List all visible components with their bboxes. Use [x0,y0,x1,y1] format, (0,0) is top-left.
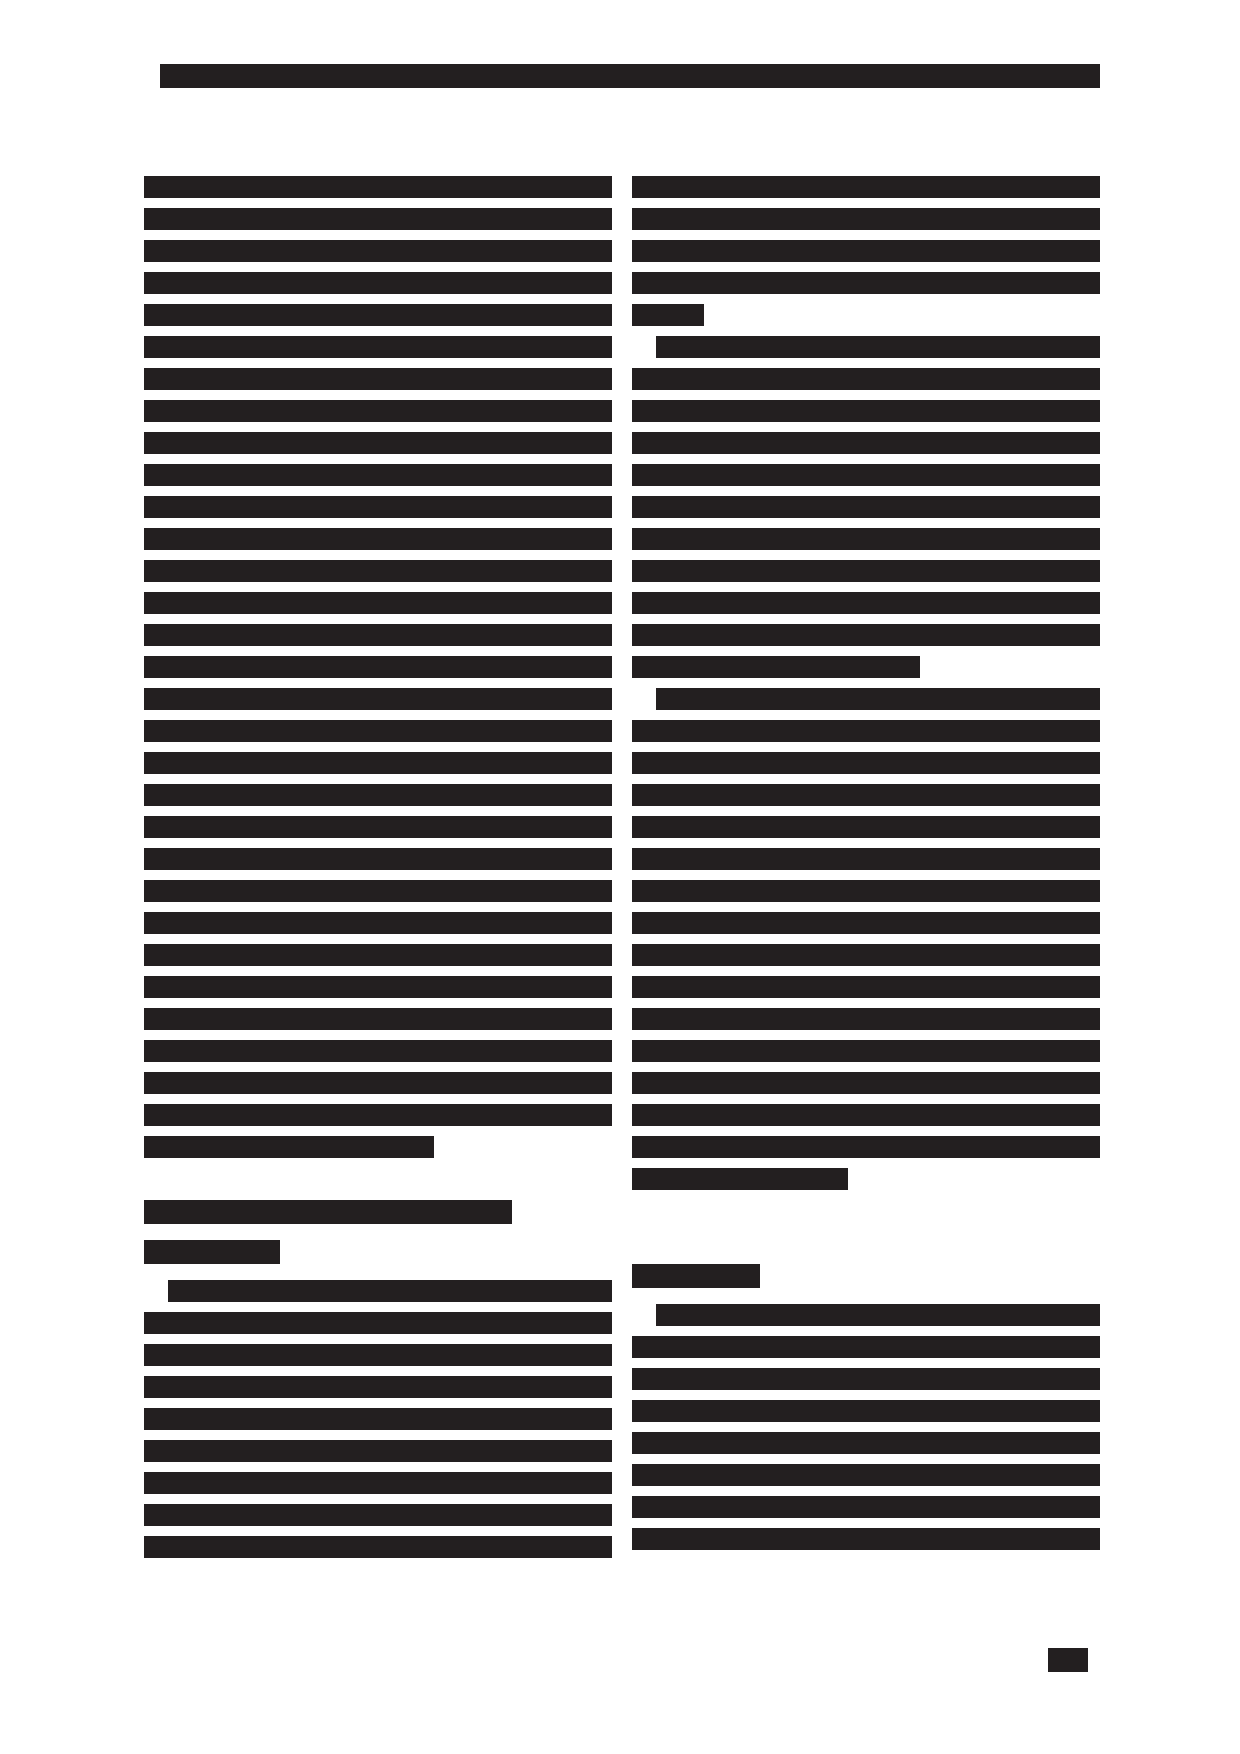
right-column-text-line [632,1136,1100,1158]
right-column-text-line [632,208,1100,230]
left-column-text-line [144,1104,612,1126]
left-column-text-line [144,1472,612,1494]
right-column-text-line [632,848,1100,870]
right-column-text-line [632,752,1100,774]
left-column-text-line [144,656,612,678]
right-column-text-line [632,272,1100,294]
page-number: [redacted page number] [1048,1648,1088,1672]
left-column-text-line [144,592,612,614]
paper-page: [redacted running header] [redacted page… [0,0,1240,1754]
right-column-text-line [632,1432,1100,1454]
section-heading [632,1264,760,1288]
right-column-text-line [632,1104,1100,1126]
right-column-text-line [632,368,1100,390]
right-column-text-line [632,976,1100,998]
left-column-text-line [144,784,612,806]
right-column-text-line [632,592,1100,614]
left-column-text-line [144,272,612,294]
left-column-text-line [144,1136,434,1158]
right-column-text-line [632,528,1100,550]
left-column-text-line [144,1344,612,1366]
left-column-text-line [144,752,612,774]
right-column-text-line [632,400,1100,422]
left-column-text-line: [redacted paragraph] [168,1280,612,1302]
right-column-text-line [632,1168,848,1190]
left-column-text-line [144,432,612,454]
right-column-text-line: [redacted paragraph] [656,688,1100,710]
right-column-text-line [632,240,1100,262]
right-column-text-line [632,1400,1100,1422]
left-column-text-line [144,528,612,550]
right-column-text-line [632,1528,1100,1550]
right-column-text-line [632,1008,1100,1030]
subsection-heading [144,1240,280,1264]
left-column-text-line [144,400,612,422]
right-column-text-line [632,1496,1100,1518]
left-column-text-line [144,1376,612,1398]
left-column-text-line [144,912,612,934]
right-column-text-line [632,720,1100,742]
right-column-text-line [632,880,1100,902]
running-header: [redacted running header] [160,64,1100,88]
right-column-text-line [632,784,1100,806]
left-column-text-line [144,1040,612,1062]
right-column-text-line [632,1040,1100,1062]
left-column-text-line: [redacted paragraph] [168,208,612,230]
left-column-text-line [144,1504,612,1526]
left-column-text-line [144,1440,612,1462]
left-column-text-line [144,688,612,710]
left-column-text-line [144,624,612,646]
left-column-text-line [144,368,612,390]
left-column-text-line [144,880,612,902]
left-column-text-line [144,464,612,486]
right-column-text-line [632,816,1100,838]
right-column-text-line [632,1368,1100,1390]
left-column-text-line [144,976,612,998]
right-column-text-line [632,464,1100,486]
left-column-text-line [144,1408,612,1430]
right-column-text-line [632,496,1100,518]
left-column-text-line [144,720,612,742]
left-column-text-line: [redacted paragraph continuing from prev… [144,176,612,198]
left-column-text-line [144,1072,612,1094]
left-column-text-line [144,1536,612,1558]
left-column-text-line [144,944,612,966]
left-column-text-line [144,336,612,358]
right-column-text-line [632,304,704,326]
right-column-text-line [632,624,1100,646]
left-column-text-line [144,1008,612,1030]
left-column-text-line [144,816,612,838]
left-column-text-line [144,496,612,518]
right-column-text-line [632,656,920,678]
left-column-text-line [144,1312,612,1334]
left-column-text-line [144,304,612,326]
right-column-text-line: [redacted paragraph] [656,1304,1100,1326]
right-column-text-line [632,1072,1100,1094]
left-column-text-line [144,560,612,582]
left-column-text-line [144,240,612,262]
right-column-text-line [632,944,1100,966]
right-column-text-line [632,912,1100,934]
right-column-text-line: [redacted paragraph continuation] [632,176,1100,198]
section-heading [144,1200,512,1224]
right-column-text-line [632,1336,1100,1358]
right-column-text-line: [redacted paragraph] [656,336,1100,358]
right-column-text-line [632,432,1100,454]
right-column-text-line [632,1464,1100,1486]
right-column-text-line [632,560,1100,582]
left-column-text-line [144,848,612,870]
